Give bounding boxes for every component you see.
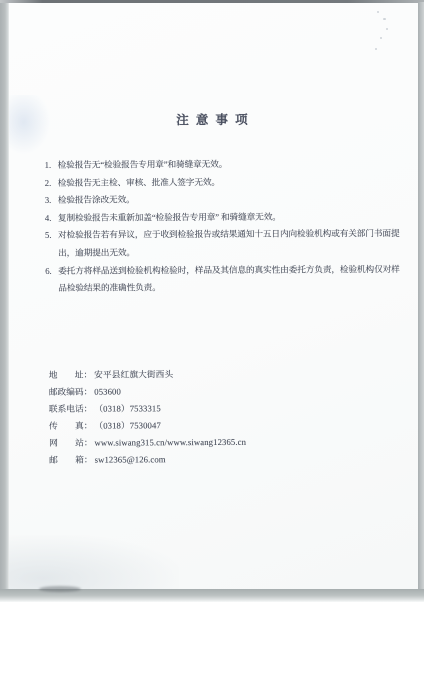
contact-value: www.siwang315.cn/www.siwang12365.cn — [94, 434, 246, 452]
item-number: 3. — [45, 192, 58, 210]
item-text: 检验报告无“检验报告专用章”和骑缝章无效。 — [58, 155, 400, 174]
item-number: 4. — [45, 210, 58, 228]
item-text: 检验报告无主检、审核、批准人签字无效。 — [58, 173, 400, 192]
contact-block: 地 址： 安平县红旗大街西头 邮政编码： 053600 联系电话： （0318）… — [49, 366, 246, 469]
contact-label: 网 站： — [49, 435, 93, 452]
contact-label: 传 真： — [49, 418, 93, 435]
contact-value: sw12365@126.com — [95, 451, 166, 468]
contact-label: 联系电话： — [49, 401, 93, 418]
contact-label: 邮政编码： — [49, 384, 93, 401]
contact-value: （0318）7530047 — [94, 417, 161, 434]
contact-label: 邮 箱： — [49, 452, 93, 469]
item-text: 复制检验报告未重新加盖“检验报告专用章” 和骑缝章无效。 — [58, 208, 400, 227]
contact-row-postcode: 邮政编码： 053600 — [49, 383, 246, 401]
contact-row-email: 邮 箱： sw12365@126.com — [49, 451, 246, 469]
document-page: 注 意 事 项 1. 检验报告无“检验报告专用章”和骑缝章无效。 2. 检验报告… — [9, 3, 418, 589]
item-text: 对检验报告若有异议，应于收到检验报告或结果通知十五日内向检验机构或有关部门书面提… — [58, 225, 400, 262]
item-text: 检验报告涂改无效。 — [58, 190, 400, 209]
contact-row-fax: 传 真： （0318）7530047 — [49, 417, 246, 435]
contact-value: （0318）7533315 — [94, 400, 161, 417]
contact-value: 053600 — [94, 383, 121, 400]
contact-row-address: 地 址： 安平县红旗大街西头 — [49, 366, 246, 384]
contact-row-website: 网 站： www.siwang315.cn/www.siwang12365.cn — [49, 434, 246, 452]
contact-row-phone: 联系电话： （0318）7533315 — [49, 400, 246, 418]
list-item: 5. 对检验报告若有异议，应于收到检验报告或结果通知十五日内向检验机构或有关部门… — [45, 225, 401, 262]
notice-list: 1. 检验报告无“检验报告专用章”和骑缝章无效。 2. 检验报告无主检、审核、批… — [45, 155, 402, 298]
item-number: 2. — [45, 174, 58, 192]
item-number: 6. — [45, 262, 58, 280]
item-text: 委托方将样品送到检验机构检验时，样品及其信息的真实性由委托方负责，检验机构仅对样… — [58, 261, 400, 298]
page-content: 注 意 事 项 1. 检验报告无“检验报告专用章”和骑缝章无效。 2. 检验报告… — [8, 2, 420, 590]
page-title: 注 意 事 项 — [8, 109, 417, 129]
list-item: 3. 检验报告涂改无效。 — [45, 190, 401, 209]
list-item: 6. 委托方将样品送到检验机构检验时，样品及其信息的真实性由委托方负责，检验机构… — [45, 261, 401, 298]
item-number: 1. — [45, 157, 58, 175]
list-item: 2. 检验报告无主检、审核、批准人签字无效。 — [45, 173, 401, 192]
contact-value: 安平县红旗大街西头 — [94, 366, 173, 383]
item-number: 5. — [45, 227, 58, 245]
list-item: 1. 检验报告无“检验报告专用章”和骑缝章无效。 — [45, 155, 401, 174]
scanned-document: 注 意 事 项 1. 检验报告无“检验报告专用章”和骑缝章无效。 2. 检验报告… — [0, 0, 424, 700]
list-item: 4. 复制检验报告未重新加盖“检验报告专用章” 和骑缝章无效。 — [45, 208, 401, 227]
contact-label: 地 址： — [49, 367, 93, 384]
